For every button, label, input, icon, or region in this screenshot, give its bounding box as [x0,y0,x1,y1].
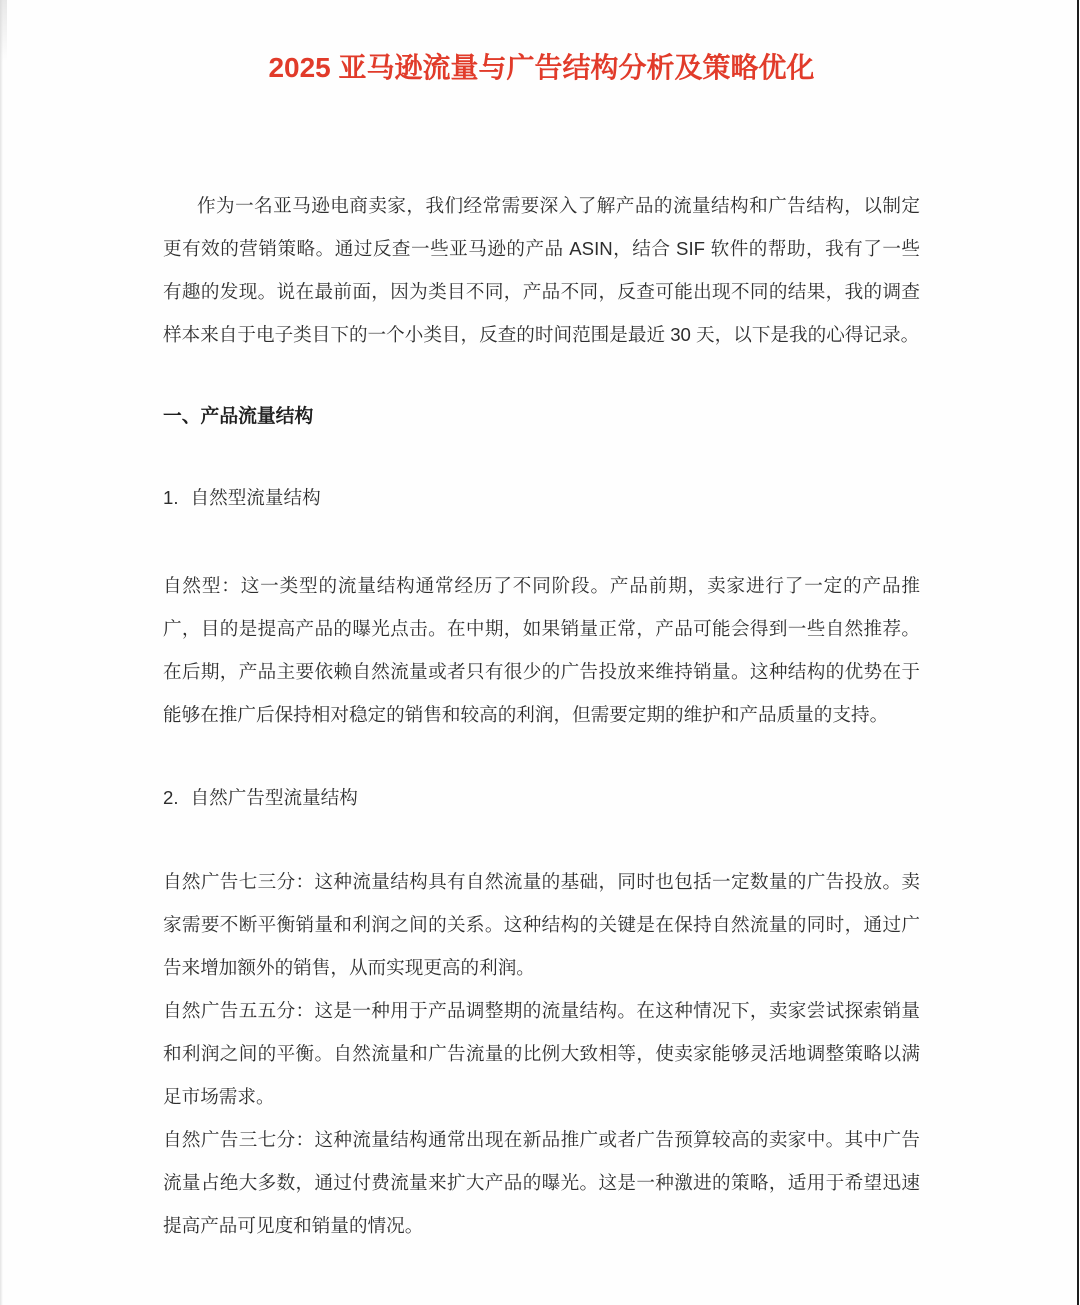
document-title: 2025 亚马逊流量与广告结构分析及策略优化 [163,48,920,88]
natural-type-paragraph: 自然型：这一类型的流量结构通常经历了不同阶段。产品前期，卖家进行了一定的产品推广… [163,564,920,736]
list-item-2-title: 自然广告型流量结构 [191,787,358,808]
list-item-2-number: 2. [163,787,179,808]
window-right-border-line [1077,0,1079,1305]
list-item-1-number: 1. [163,487,179,508]
natural-ad-73-paragraph: 自然广告七三分：这种流量结构具有自然流量的基础，同时也包括一定数量的广告投放。卖… [163,860,920,989]
article: 2025 亚马逊流量与广告结构分析及策略优化 作为一名亚马逊电商卖家，我们经常需… [0,48,1080,1247]
document-page: 2025 亚马逊流量与广告结构分析及策略优化 作为一名亚马逊电商卖家，我们经常需… [0,0,1080,1305]
section-heading: 一、产品流量结构 [163,394,920,437]
natural-ad-37-paragraph: 自然广告三七分：这种流量结构通常出现在新品推广或者广告预算较高的卖家中。其中广告… [163,1118,920,1247]
top-left-corner-shade [0,0,7,62]
list-item-1: 1.自然型流量结构 [163,476,920,519]
intro-paragraph: 作为一名亚马逊电商卖家，我们经常需要深入了解产品的流量结构和广告结构，以制定更有… [163,184,920,356]
page-left-edge-shade [0,0,3,1305]
list-item-1-title: 自然型流量结构 [191,487,321,508]
natural-ad-55-paragraph: 自然广告五五分：这是一种用于产品调整期的流量结构。在这种情况下，卖家尝试探索销量… [163,989,920,1118]
list-item-2: 2.自然广告型流量结构 [163,776,920,819]
